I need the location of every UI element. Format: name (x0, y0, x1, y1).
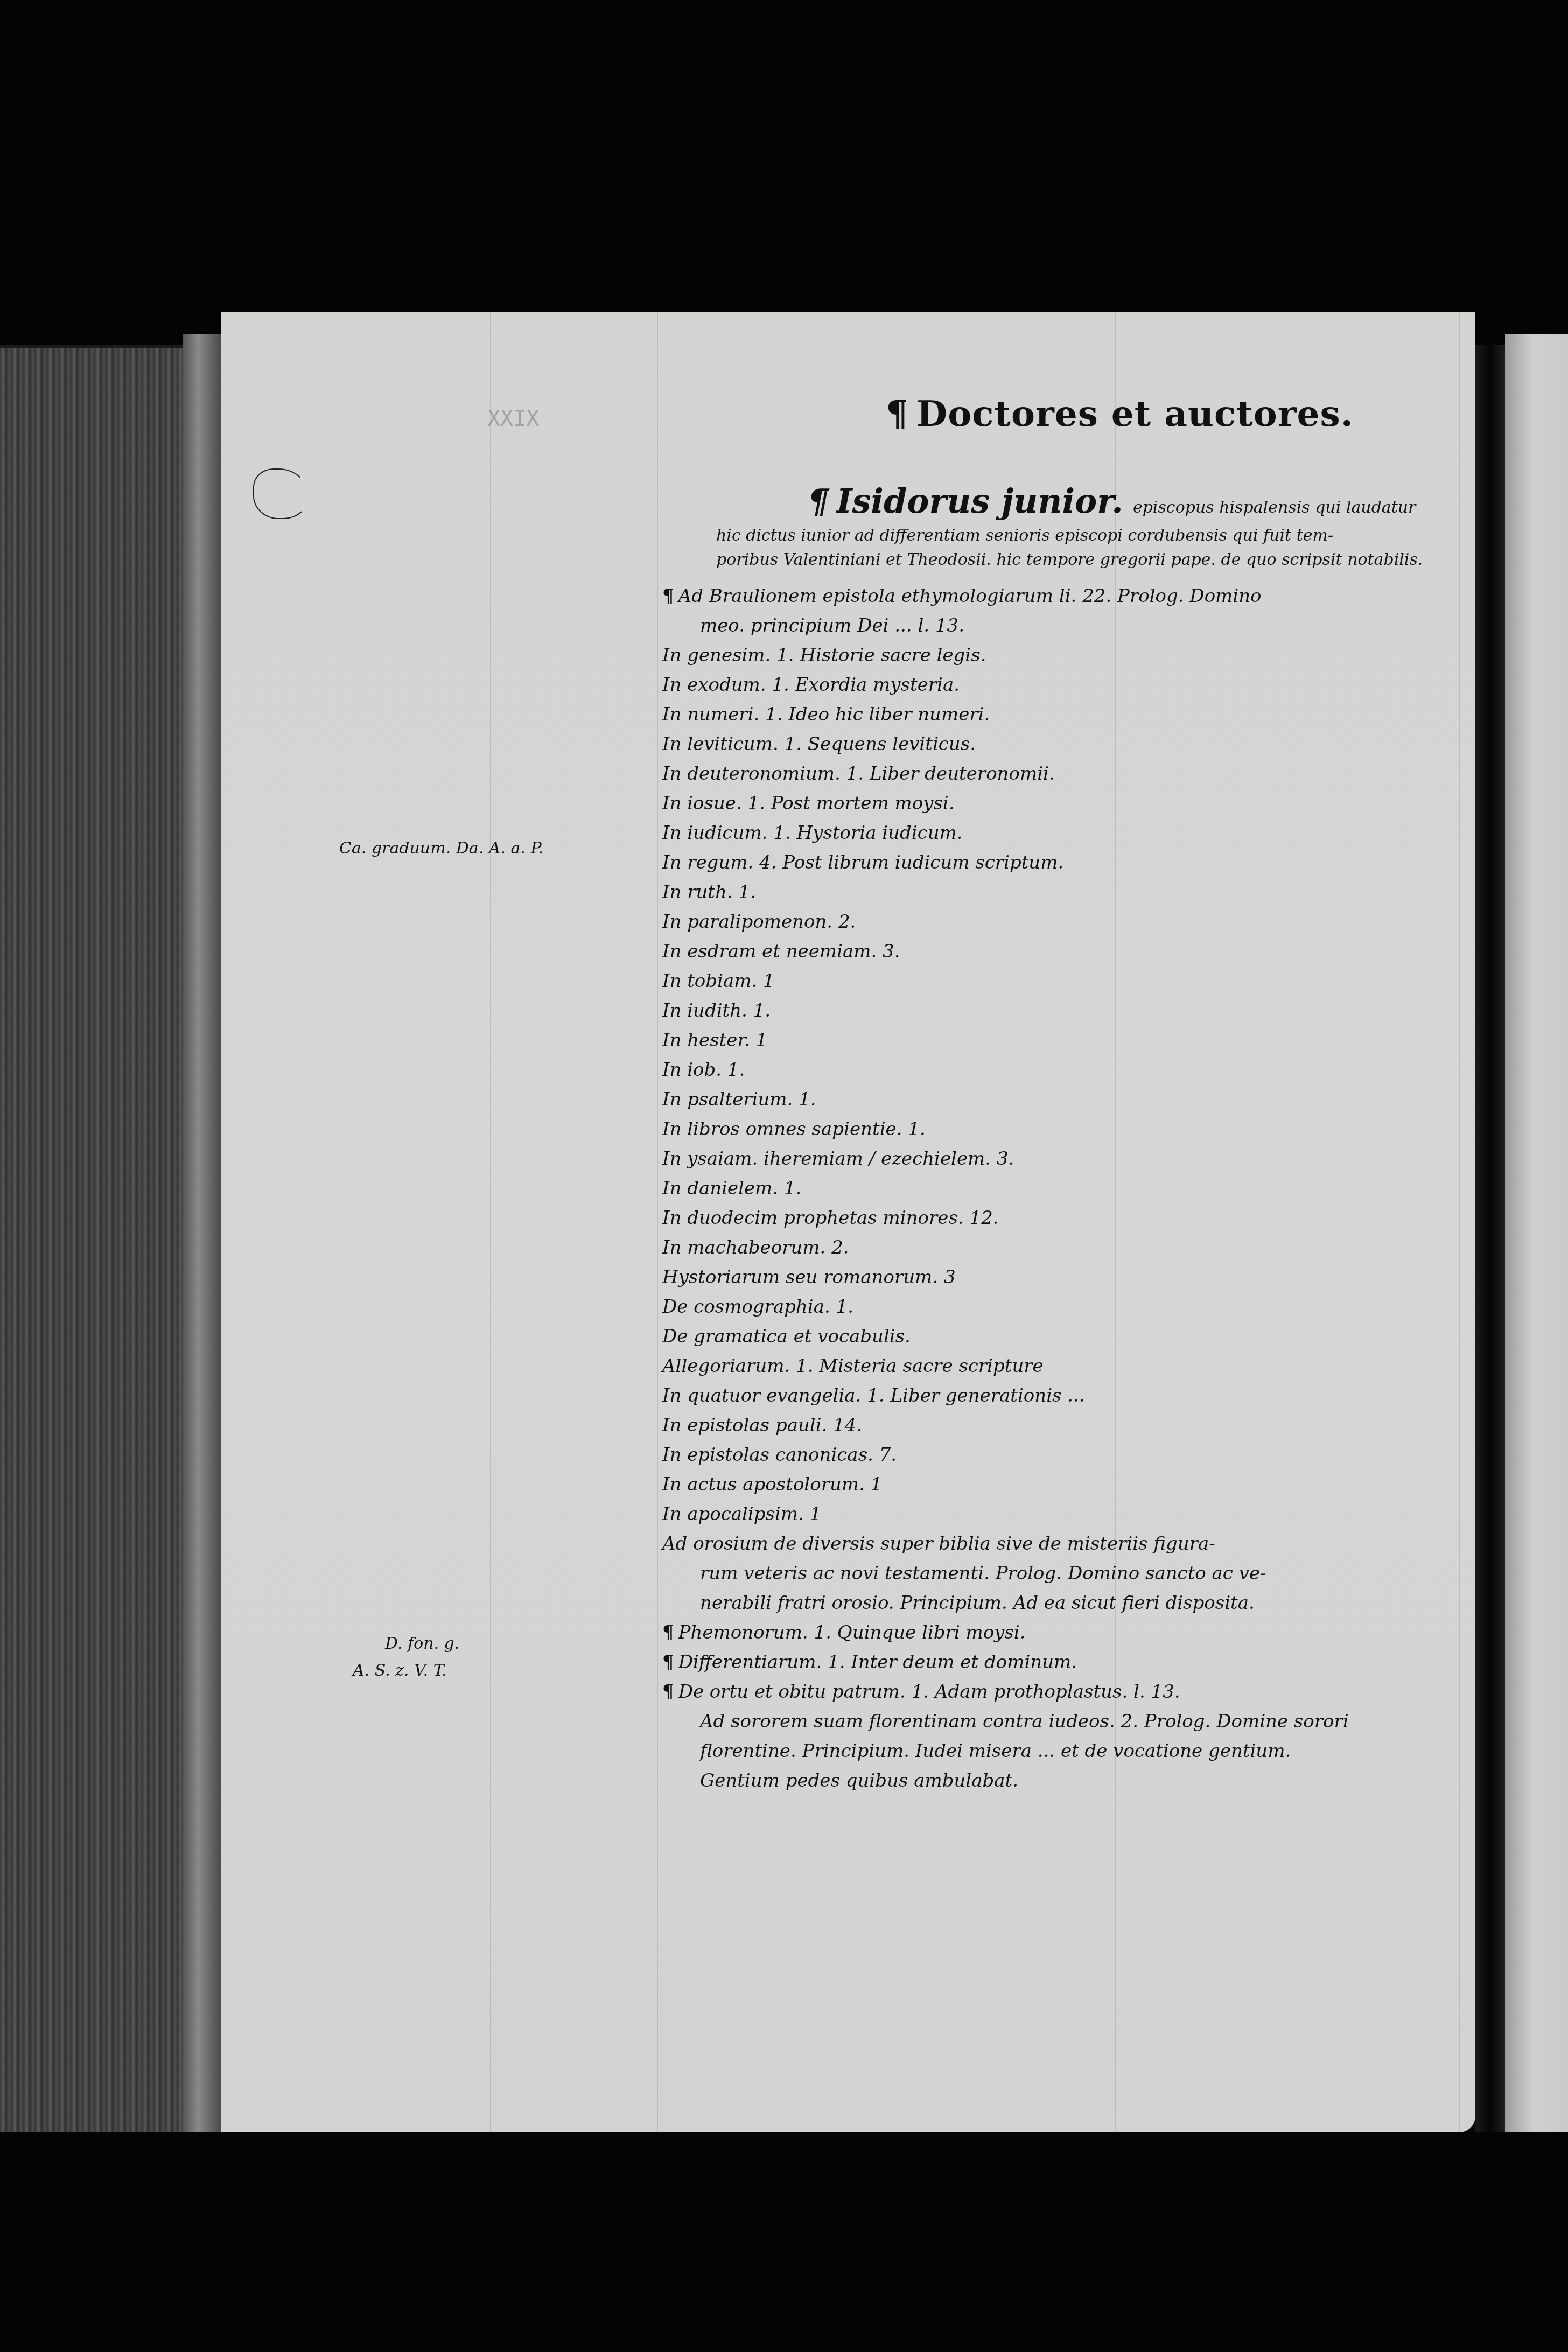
list-item: In iosue. 1. Post mortem moysi. (662, 789, 1405, 818)
running-head-text: Doctores et auctores. (916, 393, 1354, 435)
author-note-line: episcopus hispalensis qui laudatur (1133, 498, 1416, 517)
list-item: In duodecim prophetas minores. 12. (662, 1203, 1405, 1233)
list-item: In apocalipsim. 1 (662, 1500, 1405, 1529)
list-item: In hester. 1 (662, 1026, 1405, 1055)
list-item: In tobiam. 1 (662, 967, 1405, 996)
list-item: In numeri. 1. Ideo hic liber numeri. (662, 700, 1405, 730)
ruling-line (1459, 312, 1460, 2132)
folio-mark: XXIX (487, 407, 539, 431)
running-head: ¶Doctores et auctores. (886, 396, 1354, 431)
list-item: In deuteronomium. 1. Liber deuteronomii. (662, 759, 1405, 789)
ruling-line (657, 312, 658, 2132)
list-item: Hystoriarum seu romanorum. 3 (662, 1263, 1405, 1292)
list-item: In iudicum. 1. Hystoria iudicum. (662, 818, 1405, 848)
list-item: Ad orosium de diversis super biblia sive… (662, 1529, 1405, 1559)
margin-note: Ca. graduum. Da. A. a. P. (339, 839, 543, 858)
list-item: In iob. 1. (662, 1055, 1405, 1085)
photograph-background: XXIX ¶Doctores et auctores. ¶Isidorus ju… (0, 0, 1568, 2352)
list-item: Gentium pedes quibus ambulabat. (662, 1766, 1405, 1796)
works-list: Ad Braulionem epistola ethymologiarum li… (662, 582, 1405, 1796)
list-item: De ortu et obitu patrum. 1. Adam prothop… (662, 1677, 1405, 1707)
list-item: In exodum. 1. Exordia mysteria. (662, 670, 1405, 700)
list-item: In quatuor evangelia. 1. Liber generatio… (662, 1381, 1405, 1411)
bottom-shadow (0, 2132, 1568, 2352)
list-item: In psalterium. 1. (662, 1085, 1405, 1115)
book-gutter (1475, 345, 1505, 2143)
list-item: In machabeorum. 2. (662, 1233, 1405, 1263)
list-item: florentine. Principium. Iudei misera ...… (662, 1737, 1405, 1766)
author-heading: ¶Isidorus junior.episcopus hispalensis q… (808, 485, 1416, 518)
list-item: In regum. 4. Post librum iudicum scriptu… (662, 848, 1405, 878)
margin-note: D. fon. g. (385, 1634, 459, 1653)
author-note-line: hic dictus iunior ad differentiam senior… (716, 528, 1333, 544)
pilcrow-icon: ¶ (808, 481, 829, 521)
list-item: In iudith. 1. (662, 996, 1405, 1026)
list-item: In actus apostolorum. 1 (662, 1470, 1405, 1500)
author-name: Isidorus junior. (836, 481, 1123, 521)
list-item: In leviticum. 1. Sequens leviticus. (662, 730, 1405, 759)
facing-page-edge (1505, 334, 1568, 2132)
list-item: Phemonorum. 1. Quinque libri moysi. (662, 1618, 1405, 1648)
list-item: In epistolas canonicas. 7. (662, 1440, 1405, 1470)
list-item: In danielem. 1. (662, 1174, 1405, 1203)
list-item: In ysaiam. iheremiam / ezechielem. 3. (662, 1144, 1405, 1174)
book-page-lip (183, 334, 221, 2165)
list-item: Ad Braulionem epistola ethymologiarum li… (662, 582, 1405, 611)
list-item: nerabili fratri orosio. Principium. Ad e… (662, 1588, 1405, 1618)
list-item: In epistolas pauli. 14. (662, 1411, 1405, 1440)
list-item: Allegoriarum. 1. Misteria sacre scriptur… (662, 1352, 1405, 1381)
list-item: In libros omnes sapientie. 1. (662, 1115, 1405, 1144)
list-item: In paralipomenon. 2. (662, 907, 1405, 937)
list-item: rum veteris ac novi testamenti. Prolog. … (662, 1559, 1405, 1588)
list-item: In genesim. 1. Historie sacre legis. (662, 641, 1405, 670)
list-item: De cosmographia. 1. (662, 1292, 1405, 1322)
pilcrow-icon: ¶ (886, 393, 909, 435)
list-item: In ruth. 1. (662, 878, 1405, 907)
author-note-line: poribus Valentiniani et Theodosii. hic t… (716, 552, 1423, 568)
list-item: meo. principium Dei ... l. 13. (662, 611, 1405, 641)
book-page-edges (0, 345, 183, 2168)
list-item: Ad sororem suam florentinam contra iudeo… (662, 1707, 1405, 1737)
list-item: In esdram et neemiam. 3. (662, 937, 1405, 967)
ruling-line (490, 312, 491, 2132)
list-item: Differentiarum. 1. Inter deum et dominum… (662, 1648, 1405, 1677)
list-item: De gramatica et vocabulis. (662, 1322, 1405, 1352)
margin-note: A. S. z. V. T. (353, 1661, 447, 1680)
